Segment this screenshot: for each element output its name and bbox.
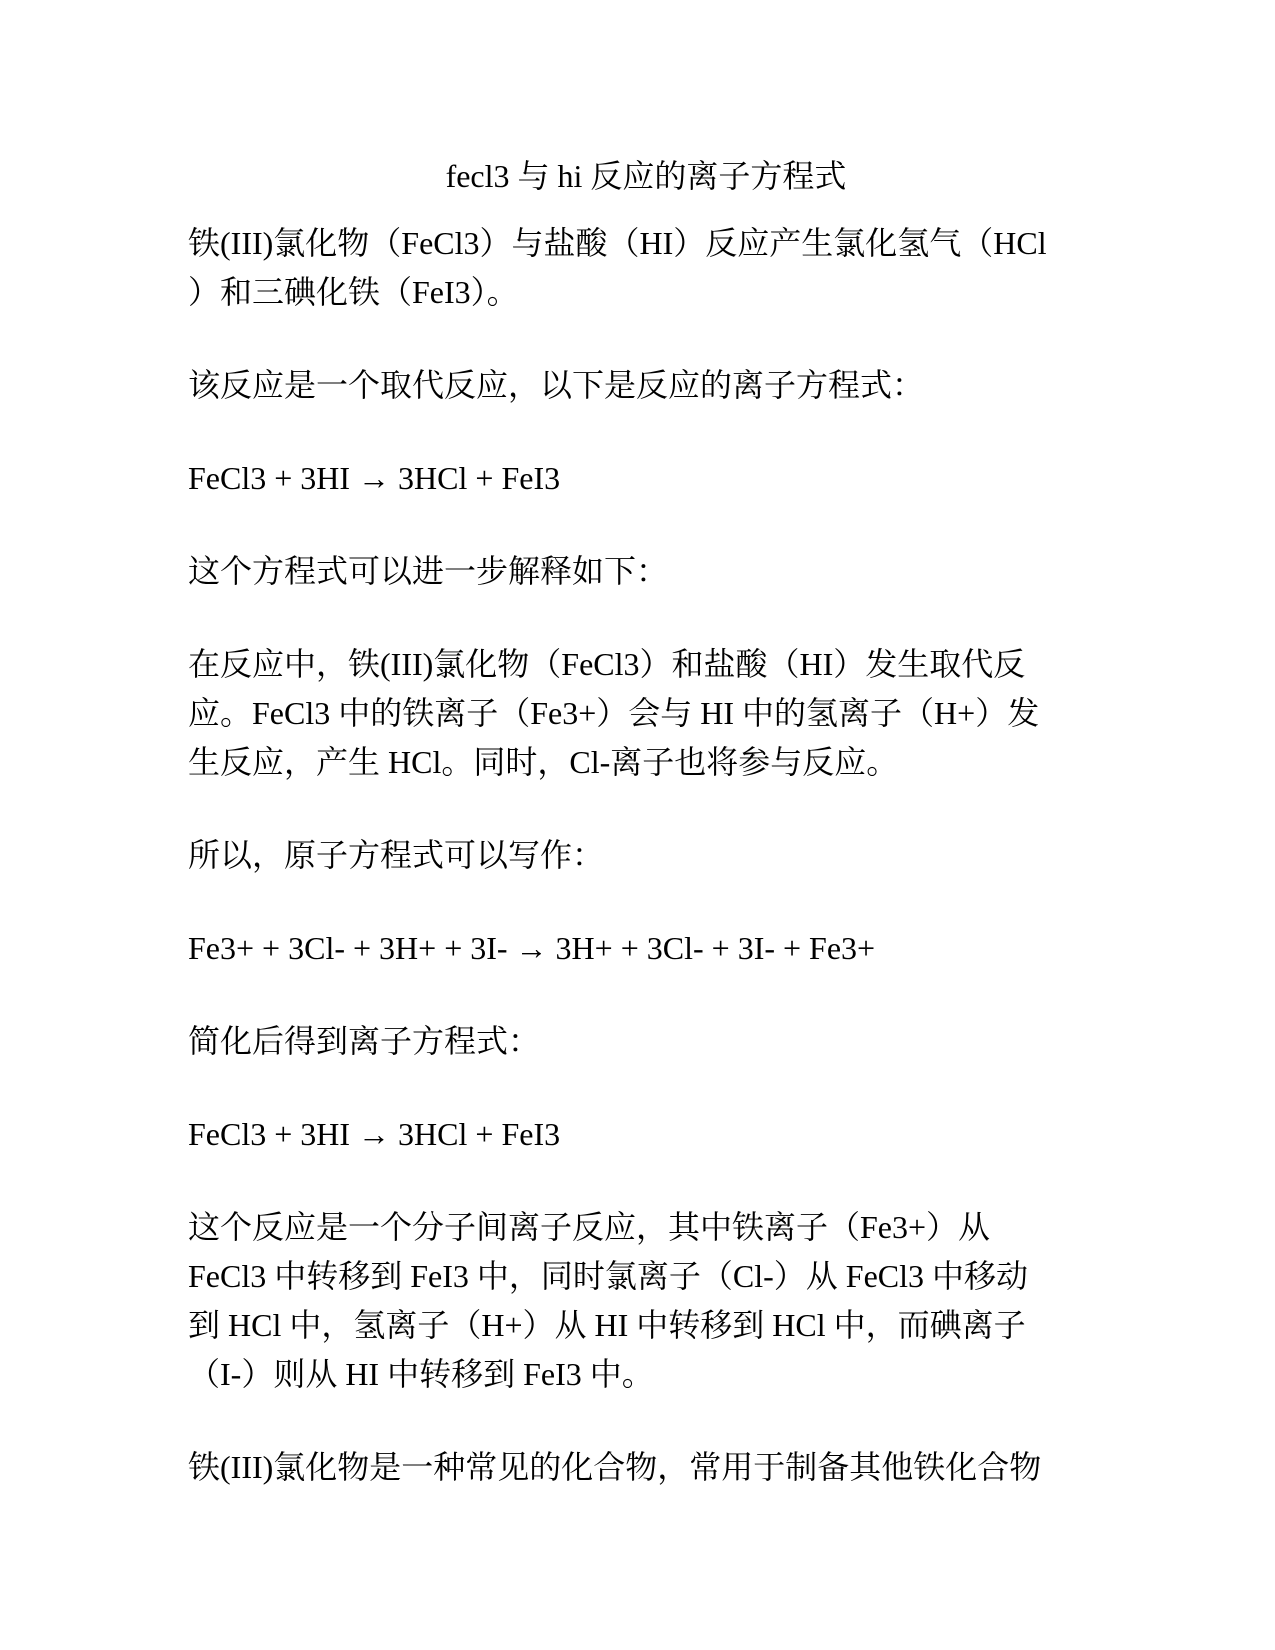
equation-line: FeCl3 + 3HI → 3HCl + FeI3: [188, 1110, 1104, 1159]
text-line: 简化后得到离子方程式：: [188, 1017, 1104, 1066]
text-line: FeCl3 中转移到 FeI3 中，同时氯离子（Cl-）从 FeCl3 中移动: [188, 1252, 1104, 1301]
equation-block: Fe3+ + 3Cl- + 3H+ + 3I- → 3H+ + 3Cl- + 3…: [188, 924, 1104, 973]
paragraph-block: 铁(III)氯化物（FeCl3）与盐酸（HI）反应产生氯化氢气（HCl ）和三碘…: [188, 219, 1104, 317]
paragraph-block: 这个方程式可以进一步解释如下：: [188, 547, 1104, 596]
document-page: fecl3 与 hi 反应的离子方程式 铁(III)氯化物（FeCl3）与盐酸（…: [0, 0, 1275, 1650]
text-line: ）和三碘化铁（FeI3）。: [188, 268, 1104, 317]
paragraph-block: 所以，原子方程式可以写作：: [188, 831, 1104, 880]
document-content: fecl3 与 hi 反应的离子方程式 铁(III)氯化物（FeCl3）与盐酸（…: [188, 152, 1104, 1492]
text-line: （I-）则从 HI 中转移到 FeI3 中。: [188, 1350, 1104, 1399]
text-line: 在反应中，铁(III)氯化物（FeCl3）和盐酸（HI）发生取代反: [188, 640, 1104, 689]
text-line: 到 HCl 中，氢离子（H+）从 HI 中转移到 HCl 中，而碘离子: [188, 1301, 1104, 1350]
text-line: 应。FeCl3 中的铁离子（Fe3+）会与 HI 中的氢离子（H+）发: [188, 689, 1104, 738]
equation-block: FeCl3 + 3HI → 3HCl + FeI3: [188, 454, 1104, 503]
text-line: 这个反应是一个分子间离子反应，其中铁离子（Fe3+）从: [188, 1203, 1104, 1252]
text-line: 铁(III)氯化物是一种常见的化合物，常用于制备其他铁化合物: [188, 1443, 1104, 1492]
paragraph-block: 在反应中，铁(III)氯化物（FeCl3）和盐酸（HI）发生取代反 应。FeCl…: [188, 640, 1104, 787]
paragraph-block: 该反应是一个取代反应，以下是反应的离子方程式：: [188, 361, 1104, 410]
text-line: 铁(III)氯化物（FeCl3）与盐酸（HI）反应产生氯化氢气（HCl: [188, 219, 1104, 268]
paragraph-block: 铁(III)氯化物是一种常见的化合物，常用于制备其他铁化合物: [188, 1443, 1104, 1492]
text-line: 所以，原子方程式可以写作：: [188, 831, 1104, 880]
document-title: fecl3 与 hi 反应的离子方程式: [188, 152, 1104, 201]
paragraph-block: 简化后得到离子方程式：: [188, 1017, 1104, 1066]
equation-line: FeCl3 + 3HI → 3HCl + FeI3: [188, 454, 1104, 503]
text-line: 这个方程式可以进一步解释如下：: [188, 547, 1104, 596]
text-line: 生反应，产生 HCl。同时，Cl-离子也将参与反应。: [188, 738, 1104, 787]
text-line: 该反应是一个取代反应，以下是反应的离子方程式：: [188, 361, 1104, 410]
paragraph-block: 这个反应是一个分子间离子反应，其中铁离子（Fe3+）从 FeCl3 中转移到 F…: [188, 1203, 1104, 1399]
equation-block: FeCl3 + 3HI → 3HCl + FeI3: [188, 1110, 1104, 1159]
equation-line: Fe3+ + 3Cl- + 3H+ + 3I- → 3H+ + 3Cl- + 3…: [188, 924, 1104, 973]
